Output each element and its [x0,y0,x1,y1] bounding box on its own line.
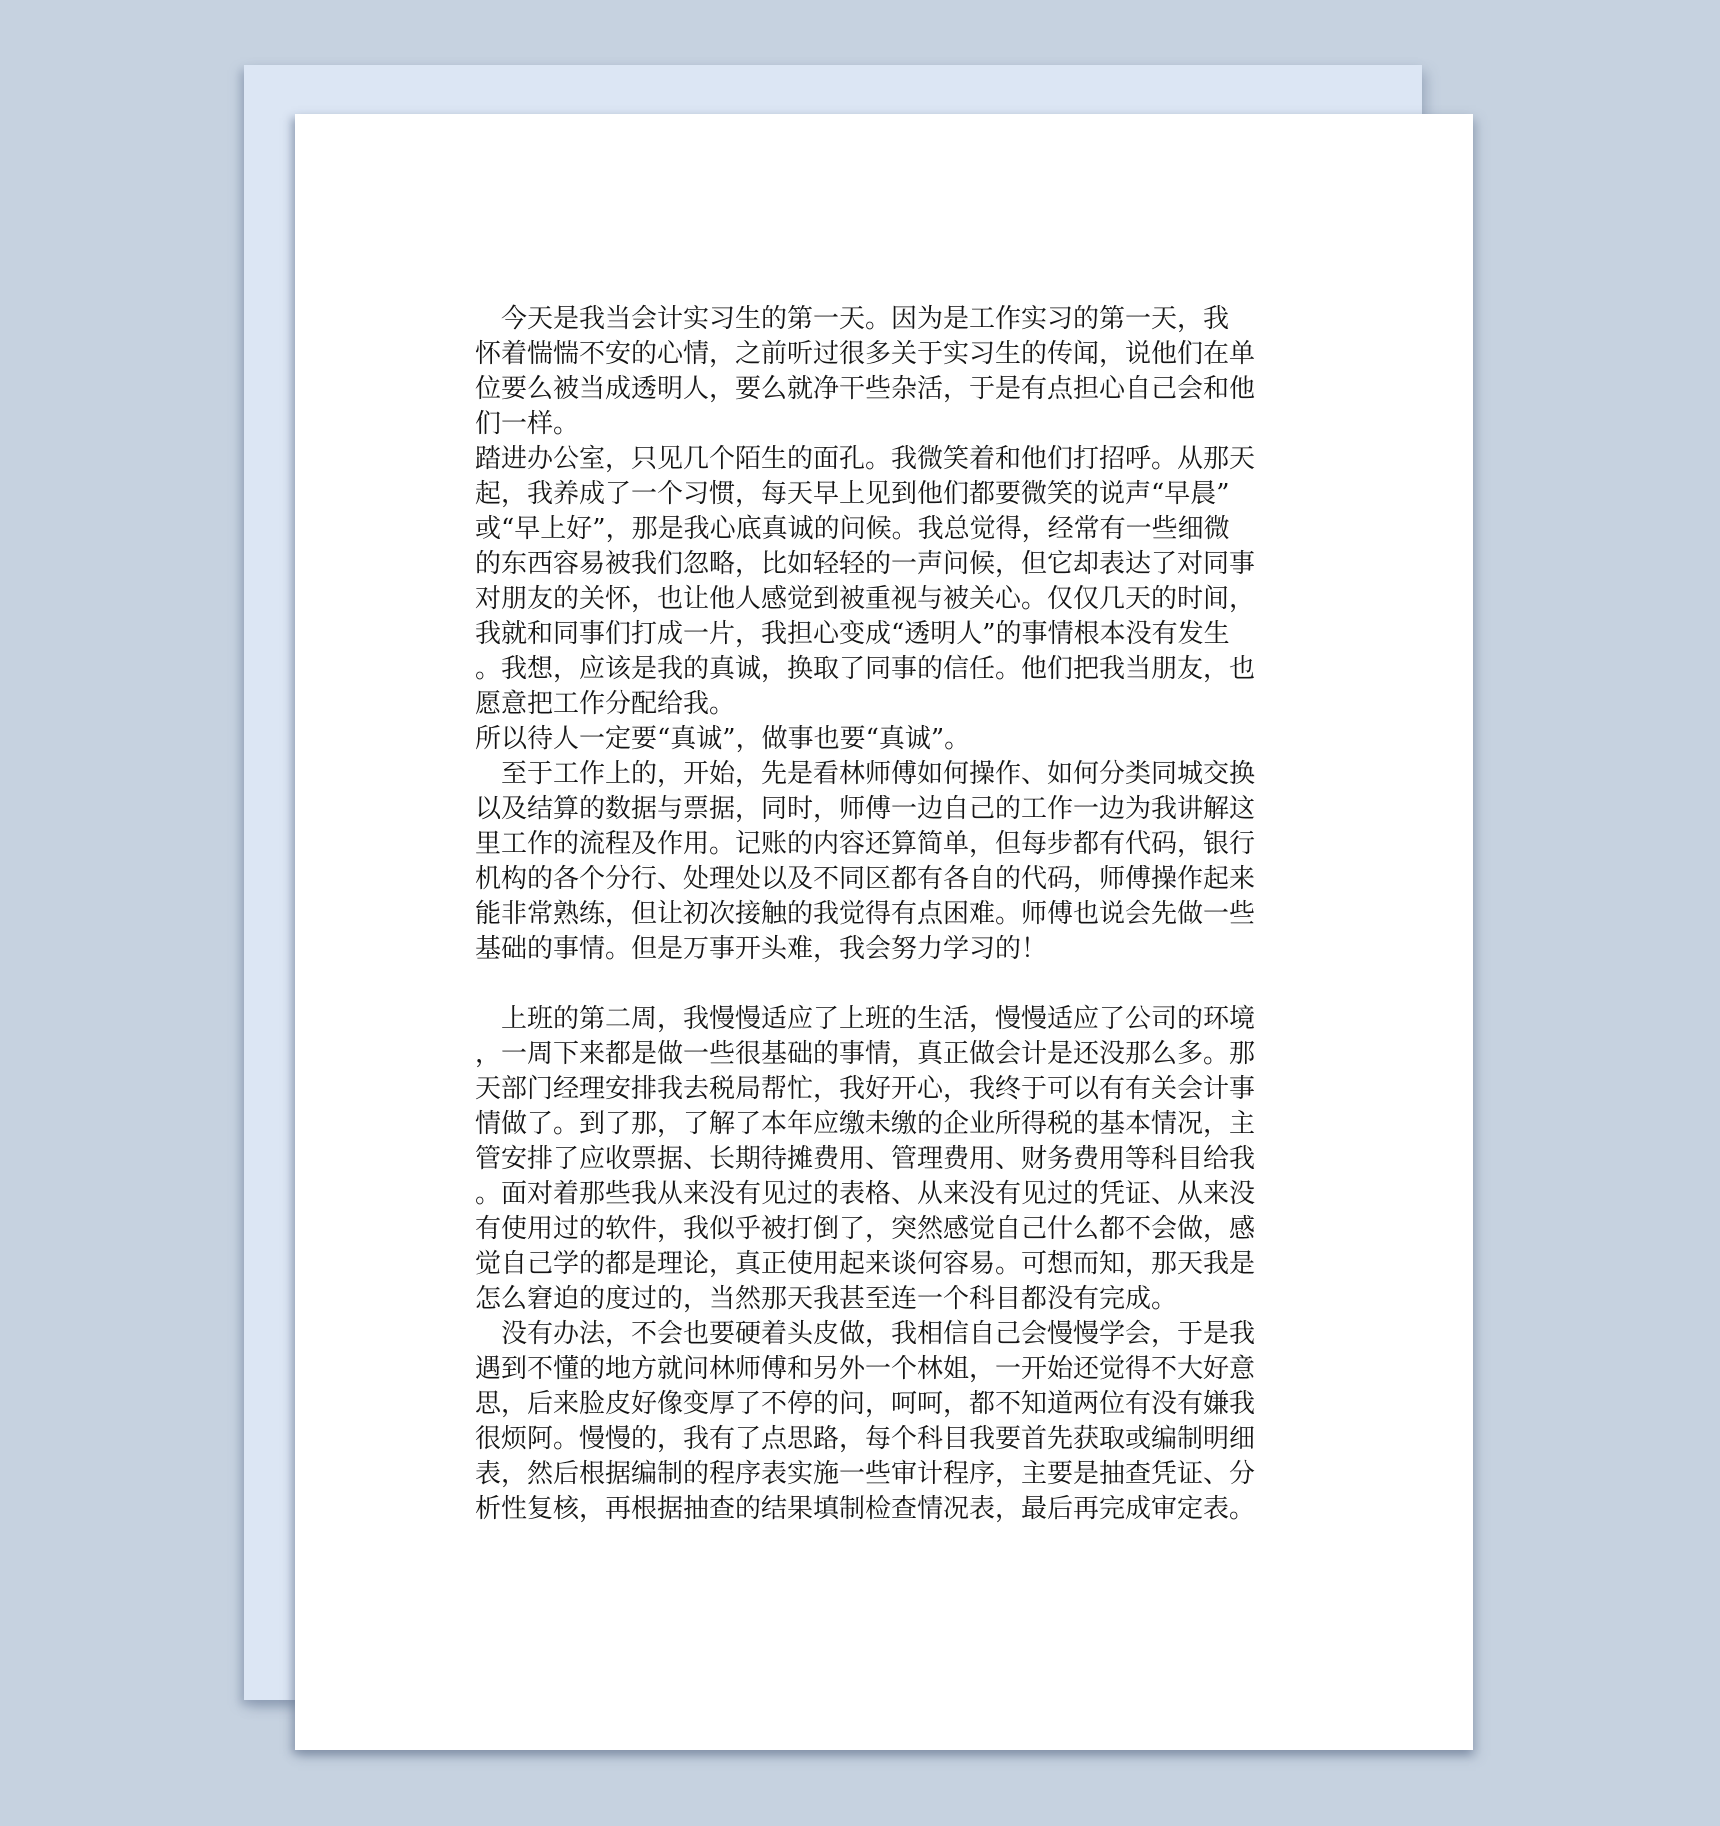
text-line: 能非常熟练，但让初次接触的我觉得有点困难。师傅也说会先做一些 [475,897,1255,932]
text-line: 有使用过的软件，我似乎被打倒了，突然感觉自己什么都不会做，感 [475,1212,1255,1247]
text-line: 们一样。 [475,407,1255,442]
document-text-block: 今天是我当会计实习生的第一天。因为是工作实习的第一天，我 怀着惴惴不安的心情，之… [475,302,1255,1527]
text-line: 怎么窘迫的度过的，当然那天我甚至连一个科目都没有完成。 [475,1282,1255,1317]
text-line: ，一周下来都是做一些很基础的事情，真正做会计是还没那么多。那 [475,1037,1255,1072]
text-line: 怀着惴惴不安的心情，之前听过很多关于实习生的传闻，说他们在单 [475,337,1255,372]
desktop-background: 今天是我当会计实习生的第一天。因为是工作实习的第一天，我 怀着惴惴不安的心情，之… [0,0,1720,1826]
text-line: 机构的各个分行、处理处以及不同区都有各自的代码，师傅操作起来 [475,862,1255,897]
text-line: 愿意把工作分配给我。 [475,687,1255,722]
text-line: 起，我养成了一个习惯，每天早上见到他们都要微笑的说声“早晨” [475,477,1255,512]
text-line: 上班的第二周，我慢慢适应了上班的生活，慢慢适应了公司的环境 [475,1002,1255,1037]
text-line: 。我想，应该是我的真诚，换取了同事的信任。他们把我当朋友，也 [475,652,1255,687]
text-line: 今天是我当会计实习生的第一天。因为是工作实习的第一天，我 [475,302,1255,337]
text-line: 位要么被当成透明人，要么就净干些杂活，于是有点担心自己会和他 [475,372,1255,407]
text-line: 情做了。到了那，了解了本年应缴未缴的企业所得税的基本情况，主 [475,1107,1255,1142]
text-line: 觉自己学的都是理论，真正使用起来谈何容易。可想而知，那天我是 [475,1247,1255,1282]
text-line: 至于工作上的，开始，先是看林师傅如何操作、如何分类同城交换 [475,757,1255,792]
text-line: 思，后来脸皮好像变厚了不停的问，呵呵，都不知道两位有没有嫌我 [475,1387,1255,1422]
text-line: 。面对着那些我从来没有见过的表格、从来没有见过的凭证、从来没 [475,1177,1255,1212]
document-page: 今天是我当会计实习生的第一天。因为是工作实习的第一天，我 怀着惴惴不安的心情，之… [295,114,1473,1750]
text-line: 或“早上好”，那是我心底真诚的问候。我总觉得，经常有一些细微 [475,512,1255,547]
text-line: 很烦阿。慢慢的，我有了点思路，每个科目我要首先获取或编制明细 [475,1422,1255,1457]
text-line: 天部门经理安排我去税局帮忙，我好开心，我终于可以有有关会计事 [475,1072,1255,1107]
text-line: 析性复核，再根据抽查的结果填制检查情况表，最后再完成审定表。 [475,1492,1255,1527]
text-line: 管安排了应收票据、长期待摊费用、管理费用、财务费用等科目给我 [475,1142,1255,1177]
text-line-blank [475,967,1255,1002]
text-line: 里工作的流程及作用。记账的内容还算简单，但每步都有代码，银行 [475,827,1255,862]
text-line: 表，然后根据编制的程序表实施一些审计程序，主要是抽查凭证、分 [475,1457,1255,1492]
text-line: 我就和同事们打成一片，我担心变成“透明人”的事情根本没有发生 [475,617,1255,652]
text-line: 没有办法，不会也要硬着头皮做，我相信自己会慢慢学会，于是我 [475,1317,1255,1352]
text-line: 遇到不懂的地方就问林师傅和另外一个林姐，一开始还觉得不大好意 [475,1352,1255,1387]
text-line: 基础的事情。但是万事开头难，我会努力学习的！ [475,932,1255,967]
text-line: 的东西容易被我们忽略，比如轻轻的一声问候，但它却表达了对同事 [475,547,1255,582]
text-line: 踏进办公室，只见几个陌生的面孔。我微笑着和他们打招呼。从那天 [475,442,1255,477]
text-line: 所以待人一定要“真诚”，做事也要“真诚”。 [475,722,1255,757]
text-line: 以及结算的数据与票据，同时，师傅一边自己的工作一边为我讲解这 [475,792,1255,827]
text-line: 对朋友的关怀，也让他人感觉到被重视与被关心。仅仅几天的时间， [475,582,1255,617]
